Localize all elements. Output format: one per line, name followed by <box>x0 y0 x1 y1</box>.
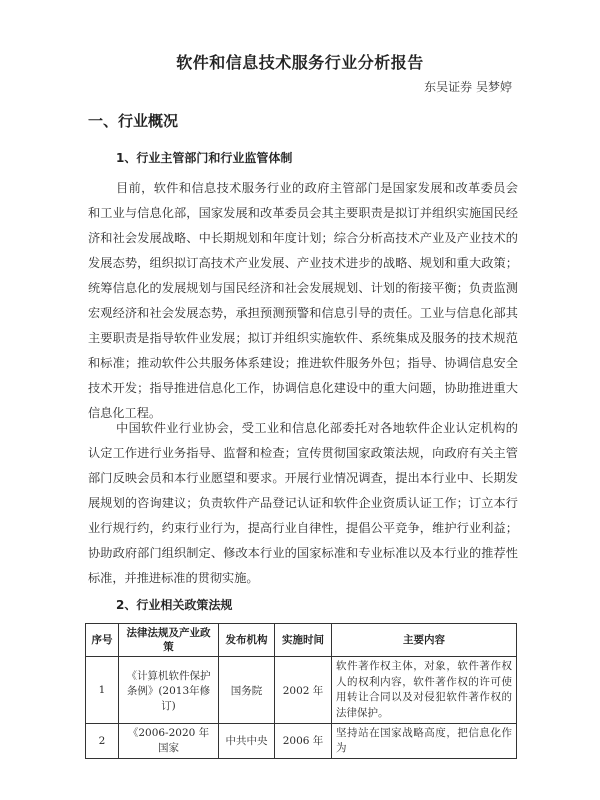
column-header: 主要内容 <box>332 624 517 657</box>
subsection-heading: 2、行业相关政策法规 <box>116 596 232 613</box>
table-row: 1 《计算机软件保护条例》(2013年修订) 国务院 2002 年 软件著作权主… <box>86 657 517 724</box>
paragraph: 中国软件业行业协会，受工业和信息化部委托对各地软件企业认定机构的认定工作进行业务… <box>88 416 518 591</box>
cell-issuer: 中共中央 <box>219 724 275 759</box>
column-header: 实施时间 <box>275 624 332 657</box>
cell-content: 软件著作权主体，对象，软件著作权人的权利内容，软件著作权的许可使用转让合同以及对… <box>332 657 517 724</box>
cell-no: 2 <box>86 724 119 759</box>
table-header-row: 序号 法律法规及产业政策 发布机构 实施时间 主要内容 <box>86 624 517 657</box>
subsection-heading: 1、行业主管部门和行业监管体制 <box>116 149 292 166</box>
column-header: 发布机构 <box>219 624 275 657</box>
column-header: 序号 <box>86 624 119 657</box>
section-heading: 一、行业概况 <box>88 110 178 131</box>
cell-date: 2006 年 <box>275 724 332 759</box>
table-row: 2 《2006-2020 年国家 中共中央 2006 年 坚持站在国家战略高度，… <box>86 724 517 759</box>
cell-issuer: 国务院 <box>219 657 275 724</box>
cell-policy: 《计算机软件保护条例》(2013年修订) <box>119 657 219 724</box>
document-page: 软件和信息技术服务行业分析报告 东吴证券 吴梦婷 一、行业概况 1、行业主管部门… <box>0 0 600 800</box>
cell-no: 1 <box>86 657 119 724</box>
cell-content: 坚持站在国家战略高度，把信息化作为 <box>332 724 517 759</box>
policy-table: 序号 法律法规及产业政策 发布机构 实施时间 主要内容 1 《计算机软件保护条例… <box>85 623 517 759</box>
cell-policy: 《2006-2020 年国家 <box>119 724 219 759</box>
column-header: 法律法规及产业政策 <box>119 624 219 657</box>
paragraph: 目前，软件和信息技术服务行业的政府主管部门是国家发展和改革委员会和工业与信息化部… <box>88 176 518 426</box>
cell-date: 2002 年 <box>275 657 332 724</box>
document-author: 东吴证券 吴梦婷 <box>424 78 512 95</box>
document-title: 软件和信息技术服务行业分析报告 <box>0 50 600 73</box>
